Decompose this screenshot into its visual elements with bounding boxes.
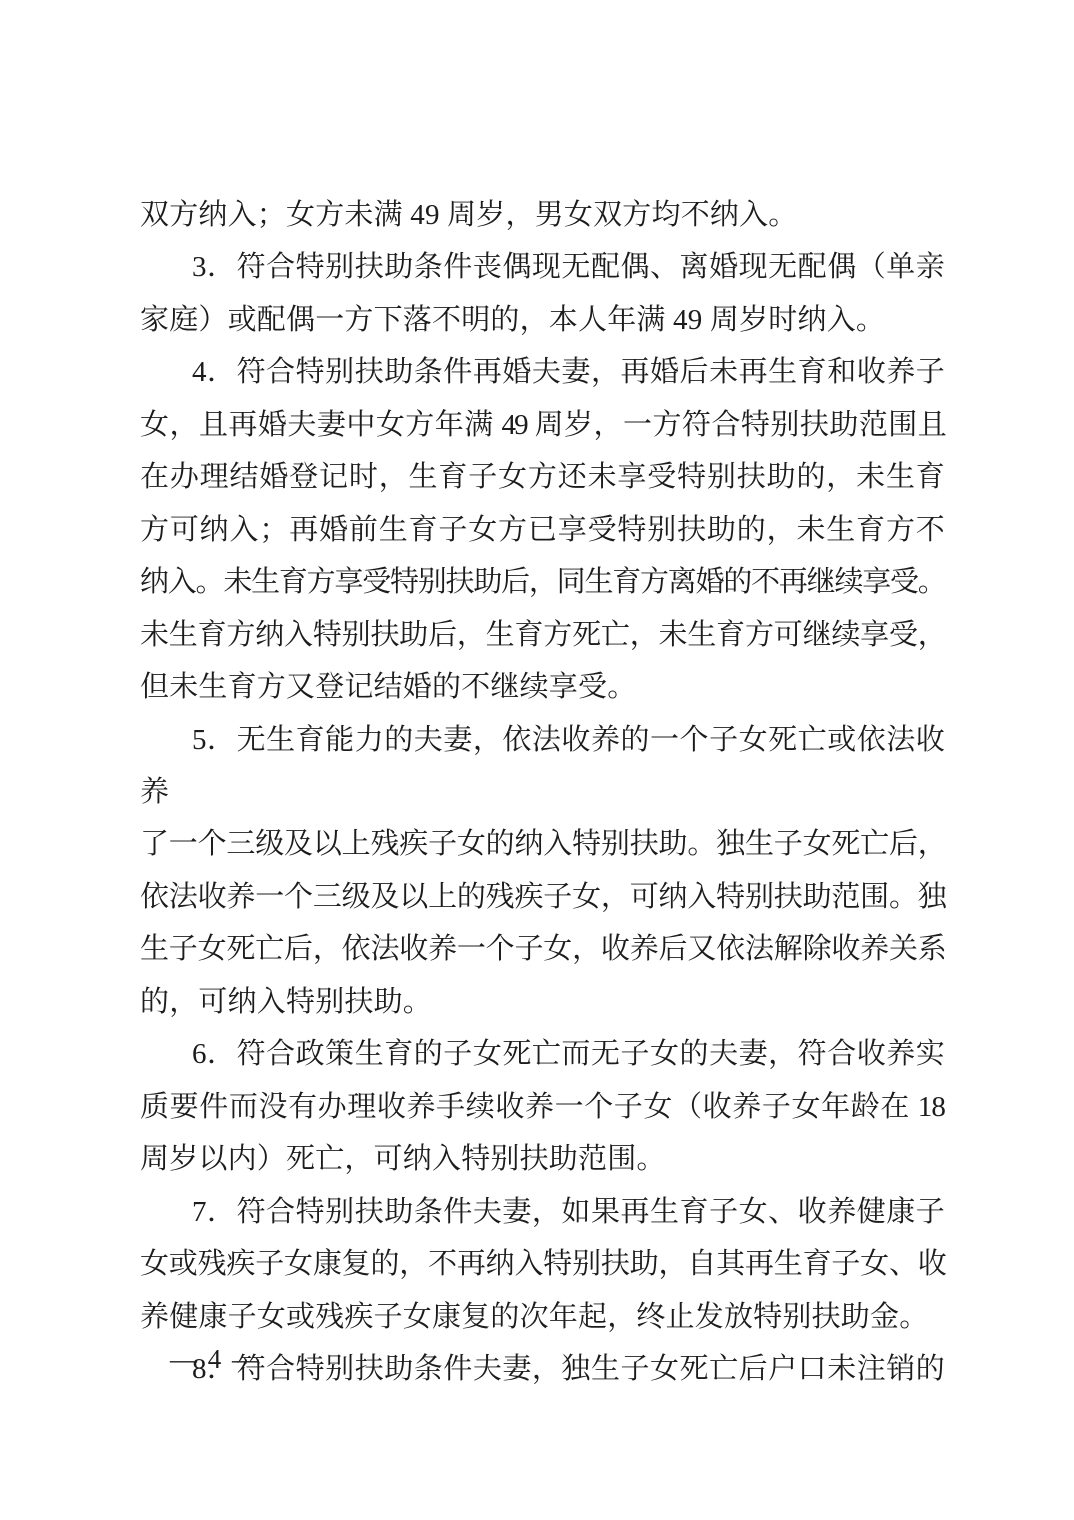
text-line: 生子女死亡后，依法收养一个子女，收养后又依法解除收养关系 xyxy=(140,923,945,975)
text-line: 未生育方纳入特别扶助后，生育方死亡，未生育方可继续享受， xyxy=(140,609,945,661)
text-line: 但未生育方又登记结婚的不继续享受。 xyxy=(140,661,945,713)
text-line: 5．无生育能力的夫妻，依法收养的一个子女死亡或依法收养 xyxy=(140,714,945,819)
text-line: 依法收养一个三级及以上的残疾子女，可纳入特别扶助范围。独 xyxy=(140,871,945,923)
text-line: 养健康子女或残疾子女康复的次年起，终止发放特别扶助金。 xyxy=(140,1291,945,1343)
text-line: 3．符合特别扶助条件丧偶现无配偶、离婚现无配偶（单亲 xyxy=(140,241,945,293)
document-body: 双方纳入；女方未满 49 周岁，男女双方均不纳入。 3．符合特别扶助条件丧偶现无… xyxy=(140,189,945,1395)
text-line: 的，可纳入特别扶助。 xyxy=(140,976,945,1028)
text-line: 家庭）或配偶一方下落不明的，本人年满 49 周岁时纳入。 xyxy=(140,294,945,346)
text-line: 4．符合特别扶助条件再婚夫妻，再婚后未再生育和收养子 xyxy=(140,346,945,398)
text-line: 质要件而没有办理收养手续收养一个子女（收养子女年龄在 18 xyxy=(140,1081,945,1133)
text-line: 在办理结婚登记时，生育子女方还未享受特别扶助的，未生育 xyxy=(140,451,945,503)
text-line: 纳入。未生育方享受特别扶助后，同生育方离婚的不再继续享受。 xyxy=(140,556,945,608)
text-line: 女或残疾子女康复的，不再纳入特别扶助，自其再生育子女、收 xyxy=(140,1238,945,1290)
text-line: 6．符合政策生育的子女死亡而无子女的夫妻，符合收养实 xyxy=(140,1028,945,1080)
page-number: — 4 — xyxy=(170,1344,261,1375)
text-line: 7．符合特别扶助条件夫妻，如果再生育子女、收养健康子 xyxy=(140,1186,945,1238)
text-line: 方可纳入；再婚前生育子女方已享受特别扶助的，未生育方不 xyxy=(140,504,945,556)
text-line: 了一个三级及以上残疾子女的纳入特别扶助。独生子女死亡后， xyxy=(140,818,945,870)
text-line: 周岁以内）死亡，可纳入特别扶助范围。 xyxy=(140,1133,945,1185)
document-page: 双方纳入；女方未满 49 周岁，男女双方均不纳入。 3．符合特别扶助条件丧偶现无… xyxy=(0,0,1074,1520)
text-line: 双方纳入；女方未满 49 周岁，男女双方均不纳入。 xyxy=(140,189,945,241)
text-line: 女，且再婚夫妻中女方年满 49 周岁，一方符合特别扶助范围且 xyxy=(140,399,945,451)
